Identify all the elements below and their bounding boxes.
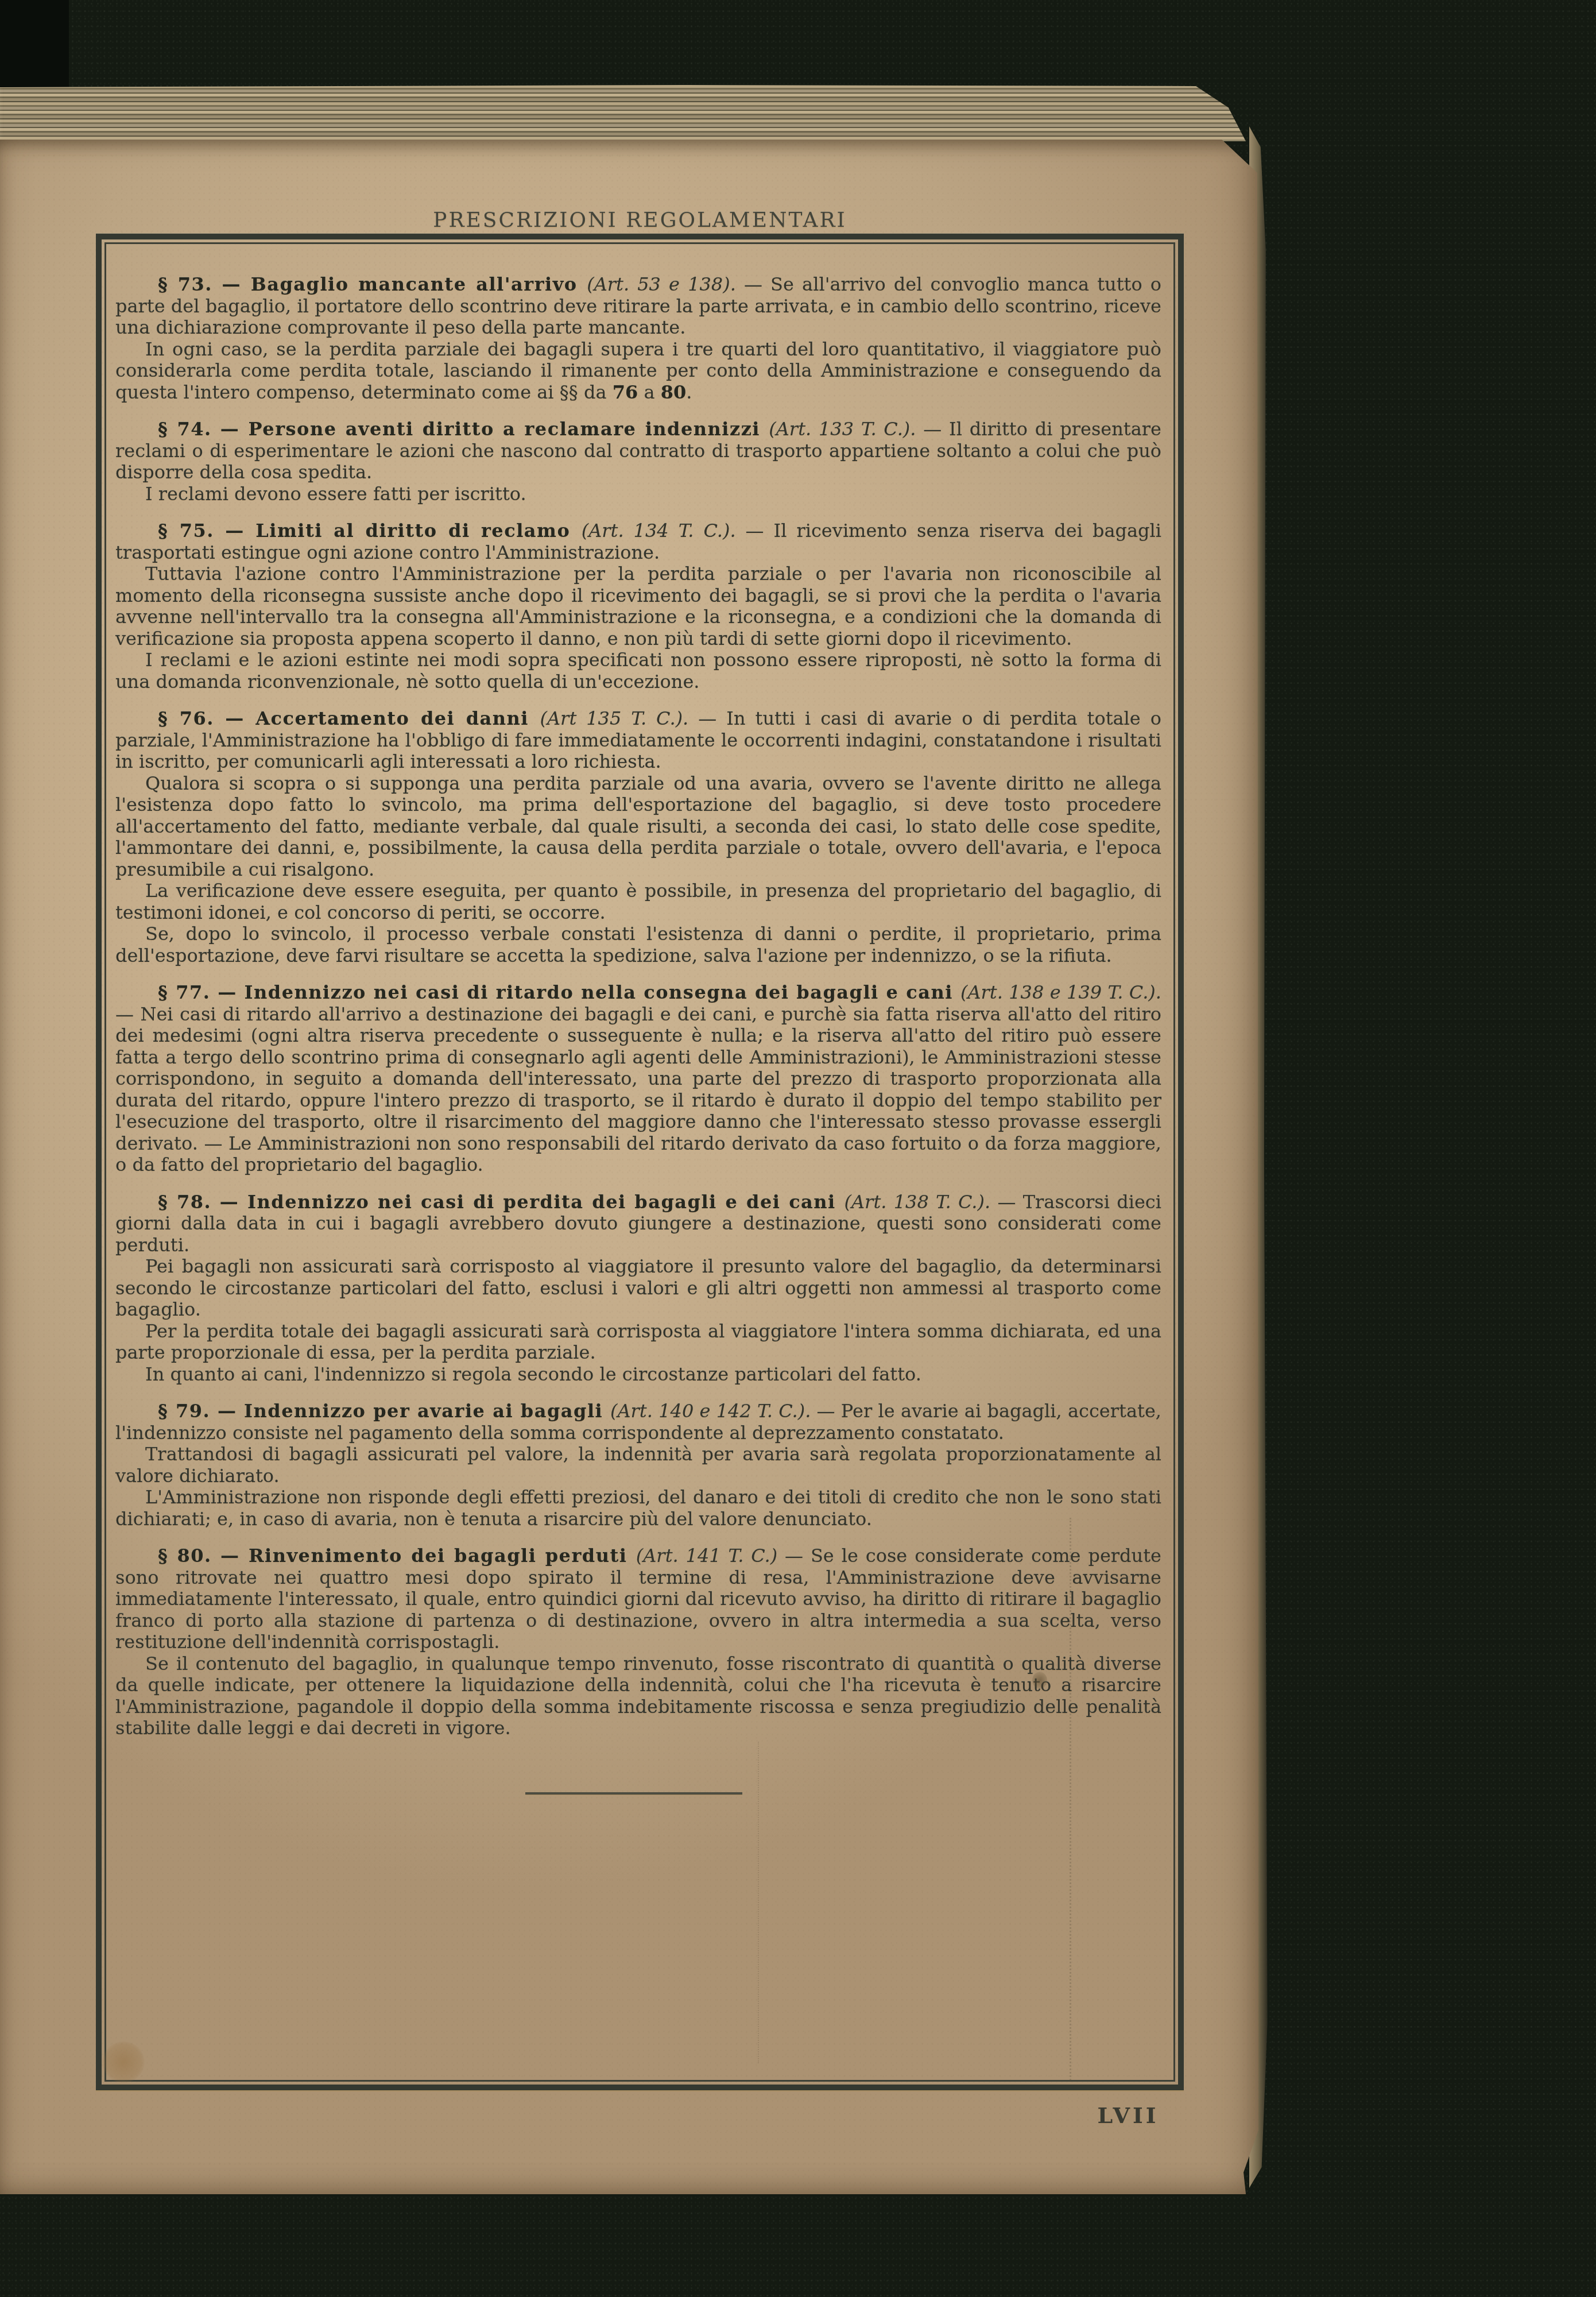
text-run: (Art. 134 T. C.).: [582, 520, 736, 542]
text-run: (Art. 53 e 138).: [587, 273, 736, 295]
regulations-frame-inner: § 73. — Bagaglio mancante all'arrivo (Ar…: [104, 242, 1175, 2082]
book-page-stack-edge: [0, 85, 1246, 141]
section-heading: § 76. — Accertamento dei danni (Art 135 …: [115, 708, 1161, 773]
text-run: (Art. 140 e 142 T. C.).: [610, 1400, 811, 1422]
text-run: La verificazione deve essere eseguita, p…: [115, 880, 1161, 923]
section-heading: § 74. — Persone aventi diritto a reclama…: [115, 419, 1161, 484]
regulations-text: § 73. — Bagaglio mancante all'arrivo (Ar…: [115, 274, 1161, 1739]
text-run: 80: [661, 381, 687, 403]
section-paragraph: I reclami e le azioni estinte nei modi s…: [115, 649, 1161, 693]
text-run: (Art. 141 T. C.): [636, 1545, 777, 1567]
section-heading: § 75. — Limiti al diritto di reclamo (Ar…: [115, 520, 1161, 563]
text-run: § 78. — Indennizzo nei casi di perdita d…: [158, 1191, 845, 1213]
text-run: .: [686, 381, 692, 403]
text-run: Per la perdita totale dei bagagli assicu…: [115, 1320, 1161, 1364]
section-divider-rule: [525, 1792, 742, 1795]
text-run: Se, dopo lo svincolo, il processo verbal…: [115, 923, 1161, 966]
section-paragraph: In quanto ai cani, l'indennizzo si regol…: [115, 1364, 1161, 1386]
text-run: Se il contenuto del bagaglio, in qualunq…: [115, 1653, 1161, 1739]
section-heading: § 80. — Rinvenimento dei bagagli perduti…: [115, 1545, 1161, 1653]
text-run: § 75. — Limiti al diritto di reclamo: [158, 520, 582, 542]
paper-crease: [758, 1742, 759, 2063]
text-run: (Art. 138 e 139 T. C.).: [960, 981, 1161, 1003]
text-run: 76: [613, 381, 638, 403]
scanned-page: PRESCRIZIONI REGOLAMENTARI § 73. — Bagag…: [0, 140, 1258, 2194]
text-run: I reclami e le azioni estinte nei modi s…: [115, 649, 1161, 693]
section-heading: § 77. — Indennizzo nei casi di ritardo n…: [115, 982, 1161, 1176]
text-run: § 77. — Indennizzo nei casi di ritardo n…: [158, 981, 960, 1003]
section-heading: § 78. — Indennizzo nei casi di perdita d…: [115, 1192, 1161, 1256]
page-header-title: PRESCRIZIONI REGOLAMENTARI: [96, 208, 1184, 232]
section-paragraph: L'Amministrazione non risponde degli eff…: [115, 1487, 1161, 1530]
section-heading: § 79. — Indennizzo per avarie ai bagagli…: [115, 1401, 1161, 1444]
paper-crease: [1070, 1518, 1071, 2081]
paper-stain: [102, 2041, 145, 2083]
text-run: In quanto ai cani, l'indennizzo si regol…: [145, 1363, 921, 1385]
book-spine-shadow: [0, 0, 69, 91]
page-number: LVII: [1065, 2102, 1191, 2128]
paper-spot: [1032, 1672, 1047, 1689]
text-run: I reclami devono essere fatti per iscrit…: [145, 483, 526, 505]
regulations-frame: § 73. — Bagaglio mancante all'arrivo (Ar…: [96, 234, 1184, 2090]
text-run: § 80. — Rinvenimento dei bagagli perduti: [158, 1545, 636, 1567]
text-run: — Nei casi di ritardo all'arrivo a desti…: [115, 1003, 1161, 1176]
section-paragraph: Tuttavia l'azione contro l'Amministrazio…: [115, 563, 1161, 649]
section-paragraph: La verificazione deve essere eseguita, p…: [115, 880, 1161, 923]
section-paragraph: Qualora si scopra o si supponga una perd…: [115, 773, 1161, 881]
section-paragraph: Trattandosi di bagagli assicurati pel va…: [115, 1444, 1161, 1487]
section-paragraph: Se il contenuto del bagaglio, in qualunq…: [115, 1653, 1161, 1739]
text-run: (Art. 133 T. C.).: [769, 418, 916, 440]
text-run: (Art 135 T. C.).: [540, 707, 689, 729]
text-run: § 76. — Accertamento dei danni: [158, 707, 540, 729]
text-run: Trattandosi di bagagli assicurati pel va…: [115, 1443, 1161, 1487]
section-paragraph: Se, dopo lo svincolo, il processo verbal…: [115, 923, 1161, 966]
text-run: § 73. — Bagaglio mancante all'arrivo: [158, 273, 587, 295]
scan-background: { "header": { "title": "PRESCRIZIONI REG…: [0, 0, 1596, 2297]
text-run: L'Amministrazione non risponde degli eff…: [115, 1486, 1161, 1530]
text-run: Pei bagagli non assicurati sarà corrispo…: [115, 1255, 1161, 1320]
text-run: § 74. — Persone aventi diritto a reclama…: [158, 418, 769, 440]
section-paragraph: Per la perdita totale dei bagagli assicu…: [115, 1321, 1161, 1364]
text-run: (Art. 138 T. C.).: [845, 1191, 991, 1213]
section-paragraph: Pei bagagli non assicurati sarà corrispo…: [115, 1256, 1161, 1321]
text-run: a: [638, 381, 660, 403]
text-run: Qualora si scopra o si supponga una perd…: [115, 772, 1161, 880]
text-run: § 79. — Indennizzo per avarie ai bagagli: [158, 1400, 610, 1422]
section-heading: § 73. — Bagaglio mancante all'arrivo (Ar…: [115, 274, 1161, 339]
section-paragraph: In ogni caso, se la perdita parziale dei…: [115, 339, 1161, 404]
section-paragraph: I reclami devono essere fatti per iscrit…: [115, 484, 1161, 505]
text-run: Tuttavia l'azione contro l'Amministrazio…: [115, 563, 1161, 649]
